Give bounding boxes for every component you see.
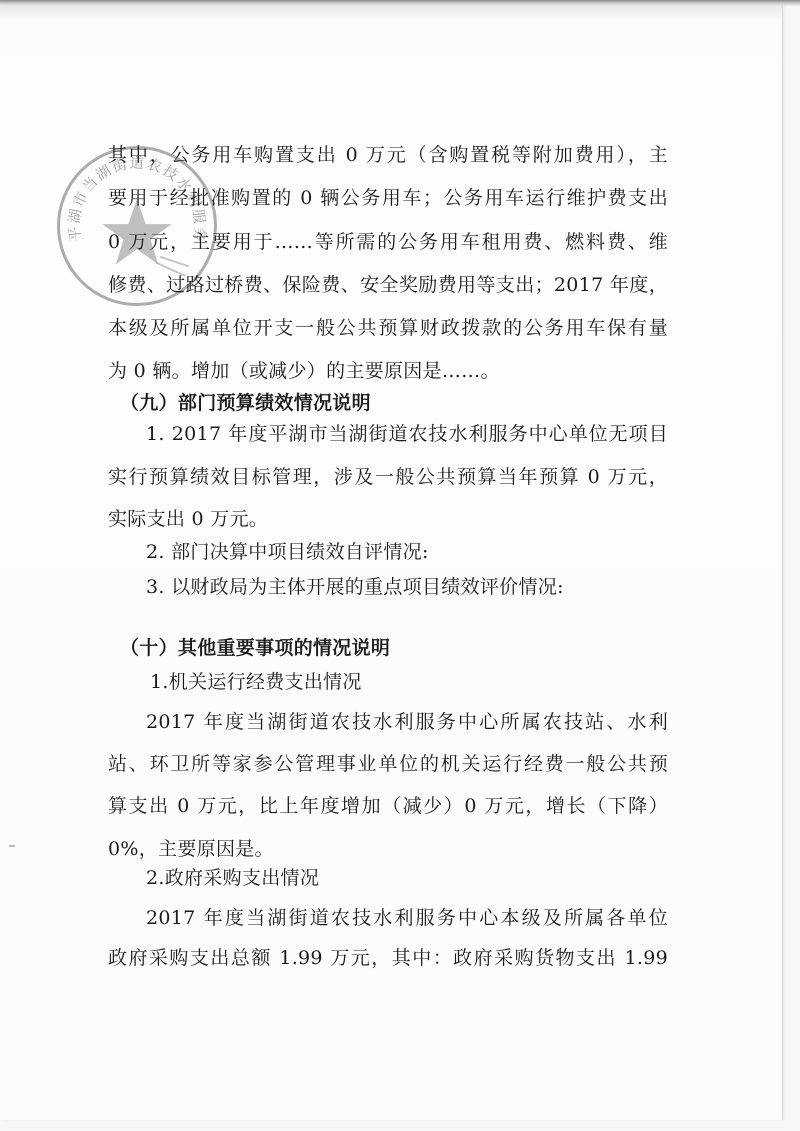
section-9-item-3: 3. 以财政局为主体开展的重点项目绩效评价情况:	[0, 575, 800, 599]
section-9-item-1-line-2: 实行预算绩效目标管理，涉及一般公共预算当年预算 0 万元，	[0, 465, 800, 489]
section-9-item-1-line-3: 实际支出 0 万元。	[0, 507, 800, 531]
section-10-sub-1-line-4: 0%，主要原因是。	[0, 837, 800, 861]
section-10-sub-1-line-1: 2017 年度当湖街道农技水利服务中心所属农技站、水利	[0, 710, 800, 734]
document-page: 平湖市当湖街道农技水利服务中心 其中，公务用车购置支出 0 万元（含购置税等附加…	[0, 6, 783, 1120]
vehicles-paragraph-line-2: 要用于经批准购置的 0 辆公务用车；公务用车运行维护费支出	[0, 186, 800, 210]
section-10-heading: （十）其他重要事项的情况说明	[0, 636, 800, 660]
vehicles-paragraph-line-1: 其中，公务用车购置支出 0 万元（含购置税等附加费用），主	[0, 143, 800, 167]
section-9-item-1-line-1: 1. 2017 年度平湖市当湖街道农技水利服务中心单位无项目	[0, 422, 800, 446]
section-9-item-2: 2. 部门决算中项目绩效自评情况:	[0, 540, 800, 564]
section-10-sub-2-line-1: 2017 年度当湖街道农技水利服务中心本级及所属各单位	[0, 906, 800, 930]
section-10-sub-1-title: 1.机关运行经费支出情况	[0, 670, 800, 694]
section-9-heading: （九）部门预算绩效情况说明	[0, 391, 800, 415]
section-10-sub-1-line-2: 站、环卫所等家参公管理事业单位的机关运行经费一般公共预	[0, 752, 800, 776]
section-10-sub-2-title: 2.政府采购支出情况	[0, 866, 800, 890]
vehicles-paragraph-line-6: 为 0 辆。增加（或减少）的主要原因是……。	[0, 359, 800, 383]
section-10-sub-1-line-3: 算支出 0 万元，比上年度增加（减少）0 万元，增长（下降）	[0, 794, 800, 818]
vehicles-paragraph-line-3: 0 万元，主要用于……等所需的公务用车租用费、燃料费、维	[0, 230, 800, 254]
scan-margin-mark	[9, 845, 15, 847]
vehicles-paragraph-line-4: 修费、过路过桥费、保险费、安全奖励费用等支出；2017 年度，	[0, 273, 800, 297]
vehicles-paragraph-line-5: 本级及所属单位开支一般公共预算财政拨款的公务用车保有量	[0, 316, 800, 340]
section-10-sub-2-line-2: 政府采购支出总额 1.99 万元，其中：政府采购货物支出 1.99	[0, 946, 800, 970]
